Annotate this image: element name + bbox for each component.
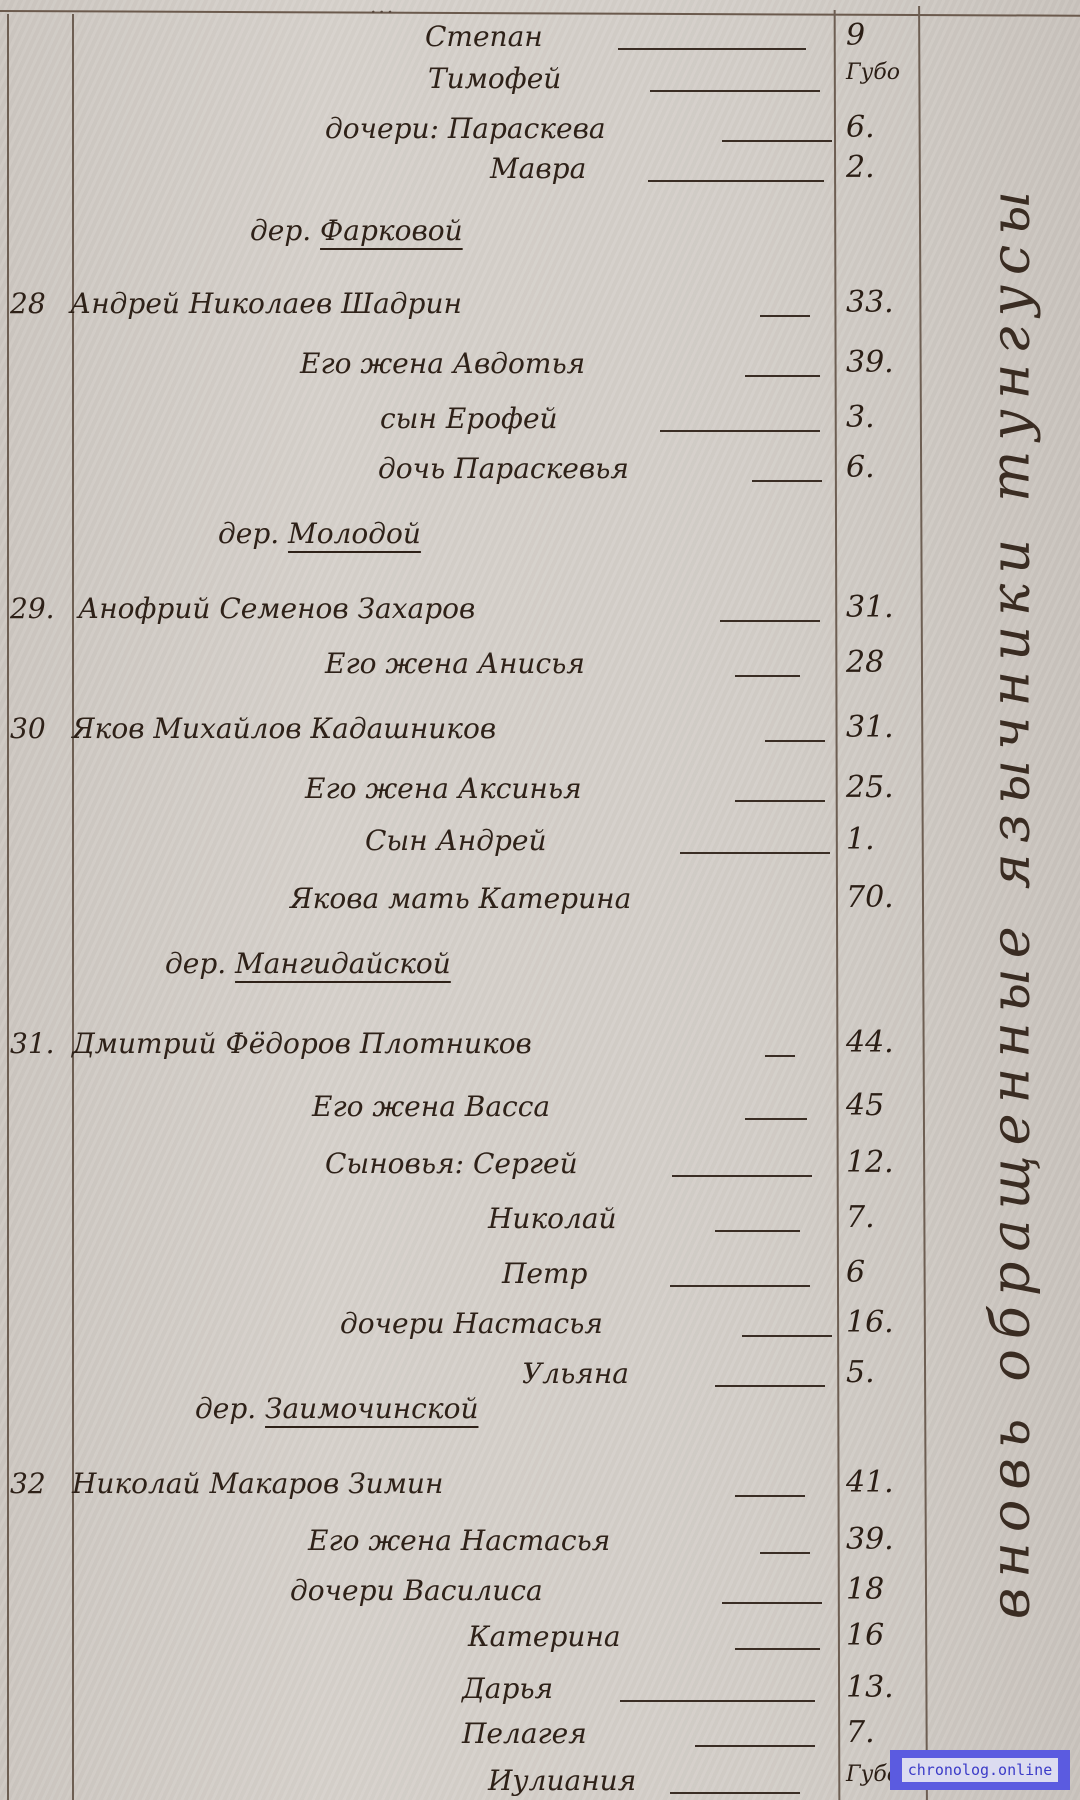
top-fragment: ... [370,0,395,18]
list-item: 28 Андрей Николаев Шадрин 33. [0,285,1080,329]
list-item: дочь Параскевья 6. [0,450,1080,494]
list-item: дочери Настасья 16. [0,1305,1080,1349]
village-heading: дер. Заимочинской [0,1390,1080,1434]
margin-note: вновь обращенные язычники тунгусы [979,181,1042,1619]
list-item: дочери Василиса 18 [0,1572,1080,1616]
list-item: 32 Николай Макаров Зимин 41. [0,1465,1080,1509]
list-item: Степан 9 [0,18,1080,62]
list-item: Сыновья: Сергей 12. [0,1145,1080,1189]
list-item: Мавра 2. [0,150,1080,194]
list-item: Петр 6 [0,1255,1080,1299]
list-item: Его жена Авдотья 39. [0,345,1080,389]
list-item: 31. Дмитрий Фёдоров Плотников 44. [0,1025,1080,1069]
list-item: дочери: Параскева 6. [0,110,1080,154]
list-item: Тимофей Губо [0,60,1080,104]
list-item: Николай 7. [0,1200,1080,1244]
list-item: 30 Яков Михайлов Кадашников 31. [0,710,1080,754]
watermark-badge: chronolog.online [890,1750,1070,1790]
scanned-page: ... Степан 9 Тимофей Губо дочери: Параск… [0,0,1080,1800]
list-item: Сын Андрей 1. [0,822,1080,866]
list-item: Его жена Настасья 39. [0,1522,1080,1566]
village-heading: дер. Молодой [0,515,1080,559]
watermark-label: chronolog.online [902,1758,1059,1782]
list-item: сын Ерофей 3. [0,400,1080,444]
list-item: Катерина 16 [0,1618,1080,1662]
list-item: Его жена Анисья 28 [0,645,1080,689]
list-item: Его жена Аксинья 25. [0,770,1080,814]
list-item: 29. Анофрий Семенов Захаров 31. [0,590,1080,634]
list-item: Якова мать Катерина 70. [0,880,1080,924]
list-item: Дарья 13. [0,1670,1080,1714]
village-heading: дер. Фарковой [0,212,1080,256]
village-heading: дер. Мангидайской [0,945,1080,989]
list-item: Его жена Васса 45 [0,1088,1080,1132]
